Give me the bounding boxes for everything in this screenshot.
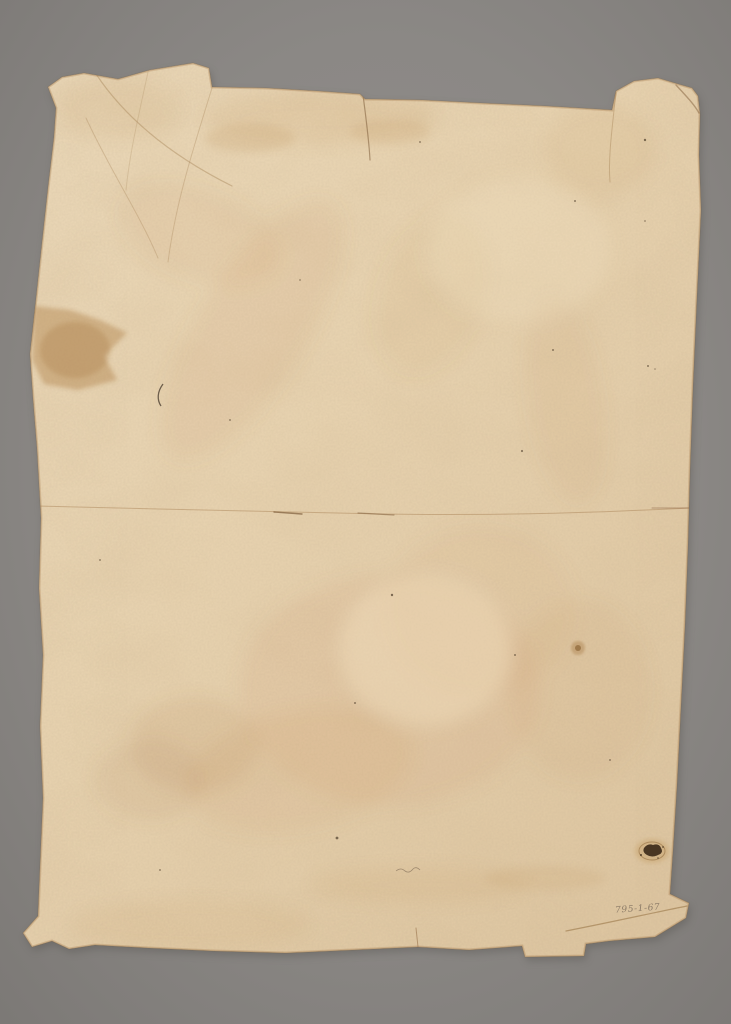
paper-sheet: 795-1-67	[18, 58, 713, 970]
paper-surface-detail: 795-1-67	[18, 58, 713, 970]
photo-canvas: 795-1-67	[0, 0, 731, 1024]
round-brown-stain	[571, 641, 585, 655]
ink-blotch	[635, 839, 669, 863]
photograph-of-paper-verso: 795-1-67	[0, 0, 731, 1024]
